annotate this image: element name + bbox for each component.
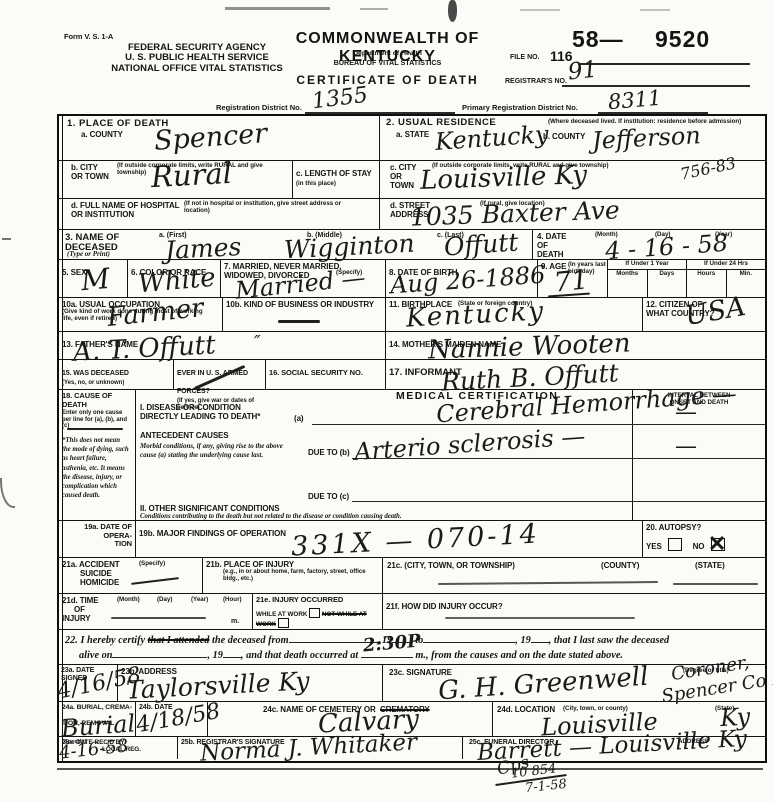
field-birthplace: 11. BIRTHPLACE (State or foreign country…	[385, 298, 642, 331]
city-label: b. CITY OR TOWN	[71, 163, 111, 181]
autopsy-yes-label: YES	[646, 542, 662, 551]
field-residence-state: 2. USUAL RESIDENCE (Where deceased lived…	[380, 116, 765, 160]
filing-note-date: 7-1-58	[524, 778, 567, 795]
findings-label: 19b. MAJOR FINDINGS OF OPERATION	[139, 529, 286, 538]
primary-district-label: Primary Registration District No.	[462, 104, 578, 112]
death-time-value: 2:30P	[362, 633, 421, 656]
length-of-stay-cell: c. LENGTH OF STAY (in this place)	[292, 161, 379, 198]
place-injury-note: (e.g., in or about home, farm, factory, …	[223, 569, 373, 582]
stub-divider	[67, 428, 123, 430]
row-registrar: 25a. DATE REC'D BY LOCAL REG. 4-16-58 25…	[59, 736, 765, 759]
serial-prefix: 58—	[572, 26, 624, 53]
field-armed-forces-right: EVER IN U. S. ARMED FORCES? (If yes, giv…	[173, 360, 265, 389]
certify-p2: the deceased from	[212, 635, 289, 646]
hours-col: Hours	[687, 270, 727, 297]
certify-blank-y3	[223, 649, 241, 658]
time-injury-dash	[111, 617, 206, 619]
field-mother-name: 14. MOTHER'S MAIDEN NAME Nannie Wooten	[385, 332, 765, 359]
autopsy-yes-checkbox	[668, 538, 682, 551]
how-injury-label: 21f. HOW DID INJURY OCCUR?	[386, 602, 503, 611]
form-number: Form V. S. 1-A	[64, 33, 113, 42]
time-injury-label-3: INJURY	[62, 614, 249, 623]
accident-note: (Specify)	[139, 561, 165, 568]
row-place-residence: 1. PLACE OF DEATH a. COUNTY Spencer b. C…	[59, 116, 765, 229]
time-hour-note: (Hour)	[223, 597, 242, 604]
father-ditto-mark: ″	[254, 334, 261, 352]
field-autopsy: 20. AUTOPSY? YES NO ✕	[642, 521, 765, 557]
race-value: White	[137, 265, 217, 298]
stay-label: c. LENGTH OF STAY	[296, 169, 372, 178]
birthplace-value: Kentucky	[405, 298, 545, 331]
file-no-label: FILE NO.	[510, 54, 540, 62]
field-street-address: d. STREET ADDRESS (If rural, give locati…	[380, 198, 765, 227]
under-1-year-cols: Months Days	[608, 270, 686, 297]
certificate-form: 1. PLACE OF DEATH a. COUNTY Spencer b. C…	[57, 114, 767, 763]
registrar-no-label: REGISTRAR'S NO.	[505, 78, 567, 86]
autopsy-label: 20. AUTOPSY?	[646, 523, 762, 532]
certify-blank-y2	[531, 634, 549, 643]
field-hospital: d. FULL NAME OF HOSPITAL OR INSTITUTION …	[59, 198, 379, 227]
field-marital-status: 7. MARRIED, NEVER MARRIED, WIDOWED, DIVO…	[220, 260, 385, 297]
field-signature: 23c. SIGNATURE G. H. Greenwell (Degree o…	[382, 665, 765, 701]
under-1-year-group: If Under 1 Year Months Days	[608, 260, 687, 297]
field-burial-date: 24b. DATE 4/18/58	[135, 702, 207, 736]
last-name-value: Offutt	[443, 229, 519, 259]
certify-p1: I hereby certify	[80, 635, 145, 646]
time-year-note: (Year)	[191, 597, 208, 604]
disease-label-2: DIRECTLY LEADING TO DEATH*	[140, 412, 260, 421]
date-of-death-title: 4. DATE OF DEATH	[537, 232, 573, 260]
row-name-date: 3. NAME OF DECEASED (Type or Print) a. (…	[59, 229, 765, 259]
street-value: 1035 Baxter Ave	[410, 197, 620, 229]
field-signer-address: 23b. ADDRESS Taylorsville Ky	[117, 665, 382, 701]
row-injury-1: 21a. ACCIDENT SUICIDE HOMICIDE (Specify)…	[59, 557, 765, 593]
row-certify-statement: 22. I hereby certify that I attended the…	[59, 629, 765, 664]
interval-line-2	[633, 458, 765, 459]
county-label: a. COUNTY	[81, 130, 123, 139]
operation-date-label-2: TION	[62, 540, 132, 549]
injury-location-dash-1	[438, 581, 658, 584]
citizen-value: USA	[683, 293, 748, 330]
signature-value: G. H. Greenwell	[437, 664, 649, 705]
injury-county-label: (COUNTY)	[601, 561, 639, 570]
name-note: (Type or Print)	[67, 251, 110, 259]
field-cause-of-death-stub: 18. CAUSE OF DEATH Enter only one cause …	[59, 390, 135, 520]
due-b-label: DUE TO (b)	[308, 448, 350, 457]
field-date-of-death: 4. DATE OF DEATH (Month) (Day) (Year) 4 …	[532, 230, 765, 259]
certify-blank-3	[112, 649, 207, 658]
accident-label-1: 21a. ACCIDENT	[62, 560, 199, 569]
residence-county-value: Jefferson	[591, 123, 701, 153]
antecedent-note: Morbid conditions, if any, giving rise t…	[140, 442, 295, 460]
row-operation-autopsy: 19a. DATE OF OPERA- TION 19b. MAJOR FIND…	[59, 520, 765, 557]
certify-p7: m., from the causes and on the date stat…	[415, 650, 623, 661]
bottom-double-rule	[57, 768, 763, 770]
first-name-value: James	[164, 234, 241, 263]
disease-label-1: I. DISEASE OR CONDITION	[140, 403, 241, 412]
due-c-line	[352, 501, 634, 502]
margin-pen-mark	[2, 238, 11, 240]
time-day-note: (Day)	[157, 597, 172, 604]
certify-p5: alive on	[79, 650, 112, 661]
field-ssn: 16. SOCIAL SECURITY NO.	[265, 360, 385, 389]
injury-occurred-label: 21e. INJURY OCCURRED	[256, 596, 379, 605]
field-occupation: 10a. USUAL OCCUPATION (Give kind of work…	[59, 298, 222, 331]
field-date-signed: 23a. DATE SIGNED 4/16/58	[59, 665, 117, 701]
primary-district-value: 8311	[607, 88, 662, 114]
registrar-no-value: 91	[567, 59, 599, 85]
row-injury-2: 21d. TIME OF INJURY (Month) (Day) (Year)…	[59, 593, 765, 629]
city-value: Rural	[150, 159, 232, 192]
dept-line: Department of Health	[255, 50, 520, 57]
certify-number: 22.	[65, 635, 78, 646]
ssn-label: 16. SOCIAL SECURITY NO.	[269, 368, 363, 377]
time-injury-label-2: OF	[74, 605, 249, 614]
state-label: a. STATE	[396, 130, 429, 139]
field-date-of-birth: 8. DATE OF BIRTH Aug 26-1886	[385, 260, 537, 297]
county-value: Spencer	[153, 120, 268, 155]
armed-forces-note: (Yes, no, or unknown)	[62, 380, 170, 387]
time-injury-label-1: 21d. TIME	[62, 596, 249, 605]
under-24-hrs-group: If Under 24 Hrs Hours Min.	[687, 260, 765, 297]
district-label: Registration District No.	[216, 104, 302, 112]
field-residence-city: c. CITY OR TOWN (If outside corporate li…	[380, 160, 765, 198]
stay-note: (in this place)	[296, 181, 376, 188]
row-signature: 23a. DATE SIGNED 4/16/58 23b. ADDRESS Ta…	[59, 664, 765, 701]
antecedent-label: ANTECEDENT CAUSES	[140, 431, 229, 440]
father-value: A. T. Offutt	[72, 332, 216, 365]
field-major-findings: 19b. MAJOR FINDINGS OF OPERATION 331X — …	[135, 521, 642, 557]
cause-footnote: *This does not mean the mode of dying, s…	[62, 436, 130, 500]
injury-location-dash-2	[673, 583, 758, 585]
field-accident-suicide: 21a. ACCIDENT SUICIDE HOMICIDE (Specify)	[59, 558, 202, 593]
margin-pen-mark	[0, 478, 15, 508]
middle-name-value: Wigginton	[283, 231, 415, 263]
interval-line-3	[633, 501, 765, 502]
field-medical-certification: MEDICAL CERTIFICATION I. DISEASE OR COND…	[135, 390, 632, 520]
cause-label: 18. CAUSE OF DEATH	[62, 392, 132, 409]
section-usual-residence: 2. USUAL RESIDENCE (Where deceased lived…	[379, 116, 765, 229]
residence-city-code: 756-83	[679, 155, 737, 182]
field-death-county: 1. PLACE OF DEATH a. COUNTY Spencer	[59, 116, 379, 160]
field-date-received: 25a. DATE REC'D BY LOCAL REG. 4-16-58	[59, 737, 177, 759]
death-certificate-scan: Form V. S. 1-A FEDERAL SECURITY AGENCY U…	[0, 0, 773, 802]
business-dash	[278, 320, 320, 323]
armed-forces-mark	[194, 365, 245, 390]
row-cause-of-death: 18. CAUSE OF DEATH Enter only one cause …	[59, 389, 765, 520]
file-no-line	[578, 63, 750, 65]
cause-a-tag: (a)	[294, 414, 303, 423]
row-parents: 13. FATHER'S NAME A. T. Offutt ″ 14. MOT…	[59, 331, 765, 359]
signer-address-value: Taylorsville Ky	[125, 668, 310, 703]
bureau-line: BUREAU OF VITAL STATISTICS	[255, 59, 520, 67]
field-date-of-operation: 19a. DATE OF OPERA- TION	[59, 521, 135, 557]
time-month-note: (Month)	[117, 597, 140, 604]
autopsy-no-checkbox: ✕	[711, 538, 725, 551]
certify-p6: , and that death occurred at	[241, 650, 358, 661]
place-injury-label: 21b. PLACE OF INJURY	[206, 560, 294, 569]
field-time-of-injury: 21d. TIME OF INJURY (Month) (Day) (Year)…	[59, 594, 252, 629]
interval-a-value: —	[675, 402, 697, 424]
field-death-city: b. CITY OR TOWN (If outside corporate li…	[59, 160, 379, 198]
state-value: Kentucky	[434, 122, 549, 154]
field-injury-location: 21c. (CITY, TOWN, OR TOWNSHIP) (COUNTY) …	[382, 558, 765, 593]
sex-value: M	[80, 265, 111, 295]
scan-smudge	[640, 9, 670, 11]
certify-year-2: 19	[520, 635, 530, 646]
field-color-race: 6. COLOR OR RACE White	[127, 260, 220, 297]
hospital-label: d. FULL NAME OF HOSPITAL OR INSTITUTION	[71, 201, 181, 219]
while-at-work-checkbox	[309, 608, 320, 618]
field-sex: 5. SEX M	[59, 260, 127, 297]
other-conditions-label: II. OTHER SIGNIFICANT CONDITIONS	[140, 504, 279, 513]
certificate-title: CERTIFICATE OF DEATH	[255, 73, 520, 87]
autopsy-no-x-mark: ✕	[708, 533, 726, 555]
how-injury-dash	[445, 617, 635, 619]
certify-blank-2	[423, 634, 515, 643]
accident-label-2: SUICIDE	[80, 569, 199, 578]
armed-forces-label: 15. WAS DECEASED	[62, 370, 129, 377]
field-injury-occurred: 21e. INJURY OCCURRED WHILE AT WORK NOT W…	[252, 594, 382, 629]
ink-blot	[448, 0, 457, 22]
filing-note: Cps 10 854 7-1-58	[495, 758, 615, 802]
field-cemetery-name: 24c. NAME OF CEMETERY OR CREMATORY Calva…	[207, 702, 492, 736]
under-24-hrs-header: If Under 24 Hrs	[687, 260, 765, 270]
scan-smudge	[520, 9, 560, 11]
certify-year-3: 19	[213, 650, 223, 661]
field-citizen: 12. CITIZEN OF WHAT COUNTRY? USA	[642, 298, 765, 331]
field-place-of-injury: 21b. PLACE OF INJURY (e.g., in or about …	[202, 558, 382, 593]
days-col: Days	[648, 270, 687, 297]
field-age: 9. AGE (In years last birthday) 71	[537, 260, 607, 297]
scan-smudge	[225, 7, 330, 10]
not-while-at-work-checkbox	[278, 618, 289, 628]
row-occupation: 10a. USUAL OCCUPATION (Give kind of work…	[59, 297, 765, 331]
field-burial-type: 24a. BURIAL, CREMA- TION, REMOVAL (Speci…	[59, 702, 135, 736]
field-father-name: 13. FATHER'S NAME A. T. Offutt ″	[59, 332, 385, 359]
death-city-cell: b. CITY OR TOWN (If outside corporate li…	[59, 161, 292, 198]
district-value: 1355	[311, 85, 369, 114]
autopsy-options: YES NO ✕	[646, 536, 762, 554]
section-place-of-death: 1. PLACE OF DEATH a. COUNTY Spencer b. C…	[59, 116, 379, 229]
findings-value: 331X — 070-14	[290, 521, 540, 561]
autopsy-no-label: NO	[693, 542, 705, 551]
residence-city-value: Louisville Ky	[420, 162, 588, 194]
field-deceased-name: 3. NAME OF DECEASED (Type or Print) a. (…	[59, 230, 532, 259]
certify-struck-text: that I attended	[148, 635, 210, 646]
certify-paragraph: 22. I hereby certify that I attended the…	[59, 630, 765, 664]
field-funeral-director: 25c. FUNERAL DIRECTOR ADDRESS Barrett — …	[462, 737, 765, 759]
while-at-work-label: WHILE AT WORK	[256, 611, 307, 618]
date-received-value: 4-16-58	[58, 737, 129, 762]
serial-number: 9520	[655, 26, 710, 53]
registrar-signature-value: Norma J. Whitaker	[200, 731, 418, 765]
field-how-injury-occurred: 21f. HOW DID INJURY OCCUR?	[382, 594, 765, 629]
interval-line-1	[633, 424, 765, 425]
interval-b-value: —	[675, 436, 697, 458]
time-m-label: m.	[231, 618, 239, 626]
months-col: Months	[608, 270, 648, 297]
injury-city-label: 21c. (CITY, TOWN, OR TOWNSHIP)	[387, 561, 515, 570]
certify-time-blank: 2:30P	[361, 649, 413, 658]
hospital-note: (If not in hospital or institution, give…	[184, 201, 354, 215]
due-c-label: DUE TO (c)	[308, 492, 349, 501]
injury-state-label: (STATE)	[695, 561, 725, 570]
operation-date-label-1: 19a. DATE OF OPERA-	[62, 523, 132, 540]
field-registrar-signature: 25b. REGISTRAR'S SIGNATURE Norma J. Whit…	[177, 737, 462, 759]
injury-occurred-options: WHILE AT WORK NOT WHILE AT WORK	[256, 608, 379, 628]
scan-smudge	[360, 8, 388, 10]
certify-p4: , that I last saw the deceased	[549, 635, 669, 646]
